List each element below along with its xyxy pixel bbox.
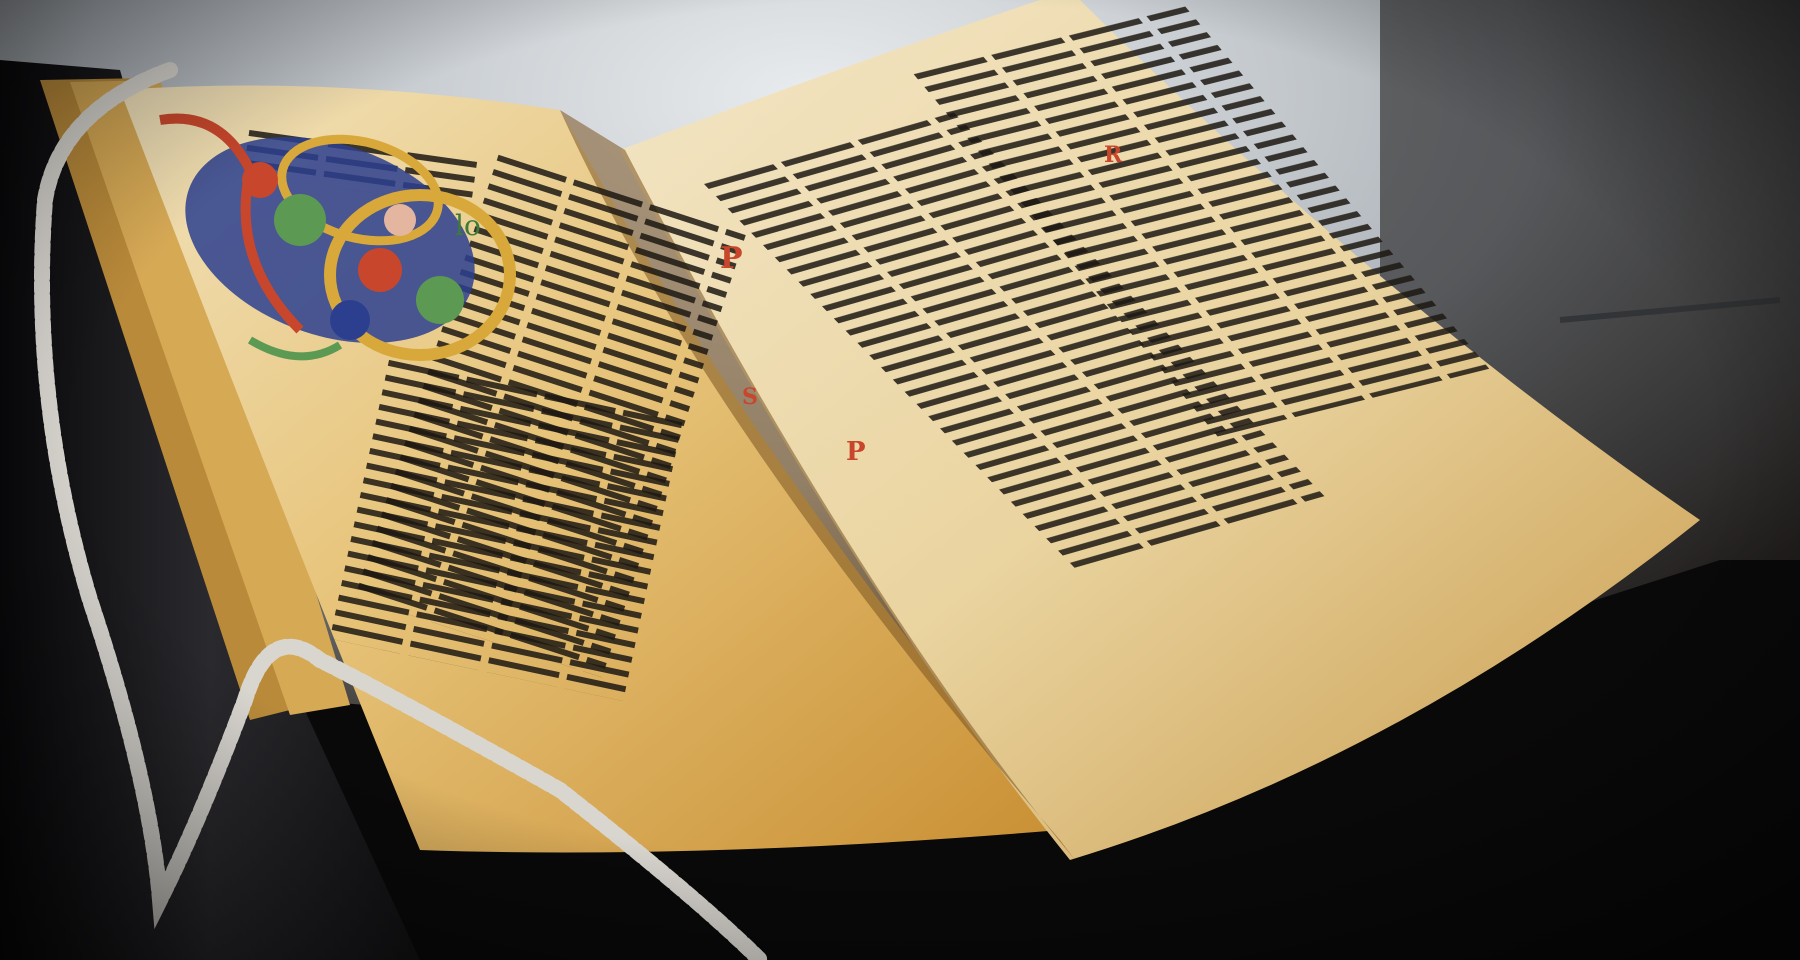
photo-illustration: P P R S lo [0, 0, 1800, 960]
manuscript-photo: P P R S lo Open illuminated medieval man… [0, 0, 1800, 960]
